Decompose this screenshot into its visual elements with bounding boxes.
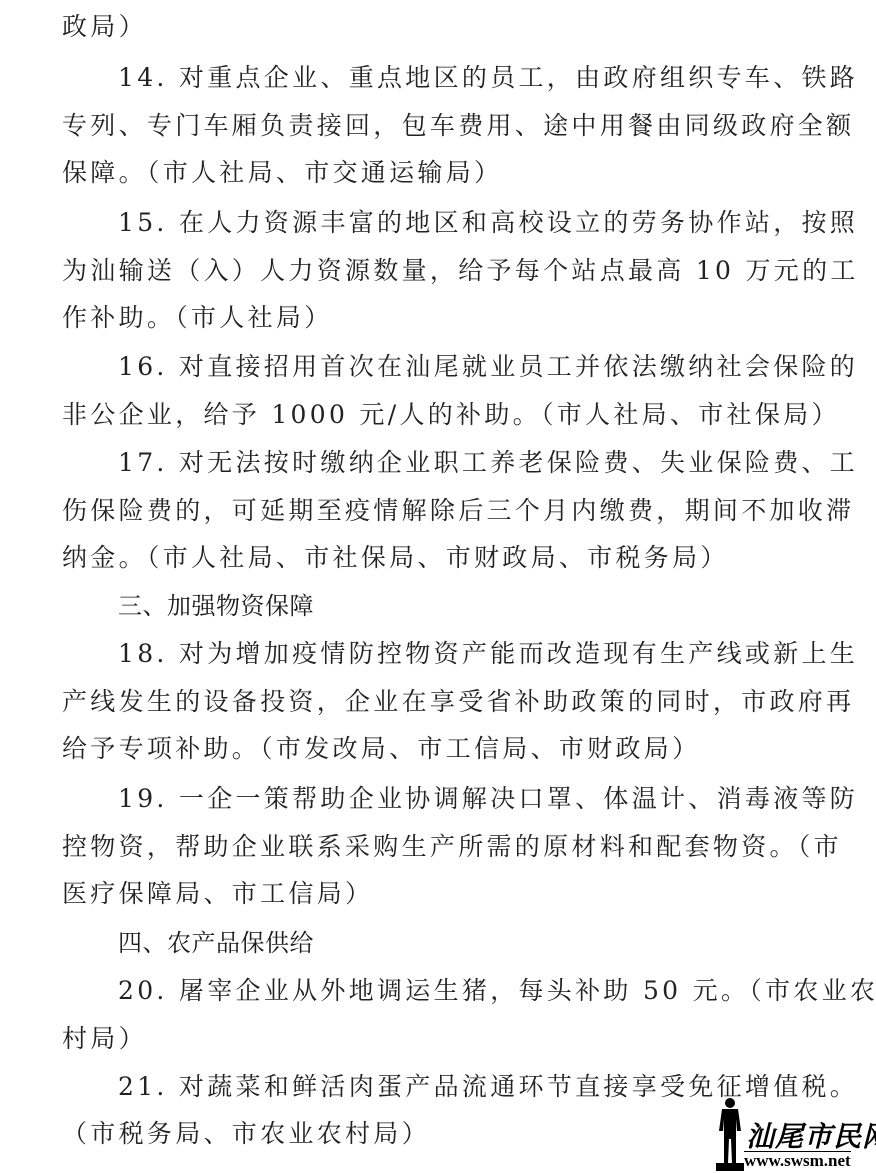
text-line: 政局）	[62, 4, 832, 50]
person-silhouette-icon	[716, 1097, 744, 1171]
text-line: 产线发生的设备投资，企业在享受省补助政策的同时，市政府再	[62, 679, 832, 725]
item-16-line: 16. 对直接招用首次在汕尾就业员工并依法缴纳社会保险的	[118, 344, 832, 390]
text-line: 医疗保障局、市工信局）	[62, 871, 832, 917]
item-20-line: 20. 屠宰企业从外地调运生猪，每头补助 50 元。（市农业农	[118, 968, 832, 1014]
item-19-line: 19. 一企一策帮助企业协调解决口罩、体温计、消毒液等防	[118, 776, 832, 822]
text-line: 纳金。（市人社局、市社保局、市财政局、市税务局）	[62, 535, 832, 581]
item-14-line: 14. 对重点企业、重点地区的员工，由政府组织专车、铁路	[118, 55, 832, 101]
text-line: 保障。（市人社局、市交通运输局）	[62, 150, 832, 196]
section-heading-3: 三、加强物资保障	[118, 583, 876, 629]
text-line: 伤保险费的，可延期至疫情解除后三个月内缴费，期间不加收滞	[62, 488, 832, 534]
text-line: 非公企业，给予 1000 元/人的补助。（市人社局、市社保局）	[62, 392, 832, 438]
text-line: 村局）	[62, 1016, 832, 1062]
item-18-line: 18. 对为增加疫情防控物资产能而改造现有生产线或新上生	[118, 631, 832, 677]
text-line: 控物资，帮助企业联系采购生产所需的原材料和配套物资。（市	[62, 824, 832, 870]
text-line: 给予专项补助。（市发改局、市工信局、市财政局）	[62, 726, 832, 772]
text-line: 为汕输送（入）人力资源数量，给予每个站点最高 10 万元的工	[62, 248, 832, 294]
item-15-line: 15. 在人力资源丰富的地区和高校设立的劳务协作站，按照	[118, 200, 832, 246]
site-watermark: 汕尾市民网 www.swsm.net	[708, 1097, 876, 1173]
text-line: 作补助。（市人社局）	[62, 295, 832, 341]
item-17-line: 17. 对无法按时缴纳企业职工养老保险费、失业保险费、工	[118, 440, 832, 486]
section-heading-4: 四、农产品保供给	[118, 920, 876, 966]
watermark-url: www.swsm.net	[744, 1151, 851, 1170]
text-line: 专列、专门车厢负责接回，包车费用、途中用餐由同级政府全额	[62, 103, 832, 149]
watermark-site-name: 汕尾市民网	[746, 1115, 876, 1155]
document-page: 政局） 14. 对重点企业、重点地区的员工，由政府组织专车、铁路 专列、专门车厢…	[0, 0, 876, 1173]
